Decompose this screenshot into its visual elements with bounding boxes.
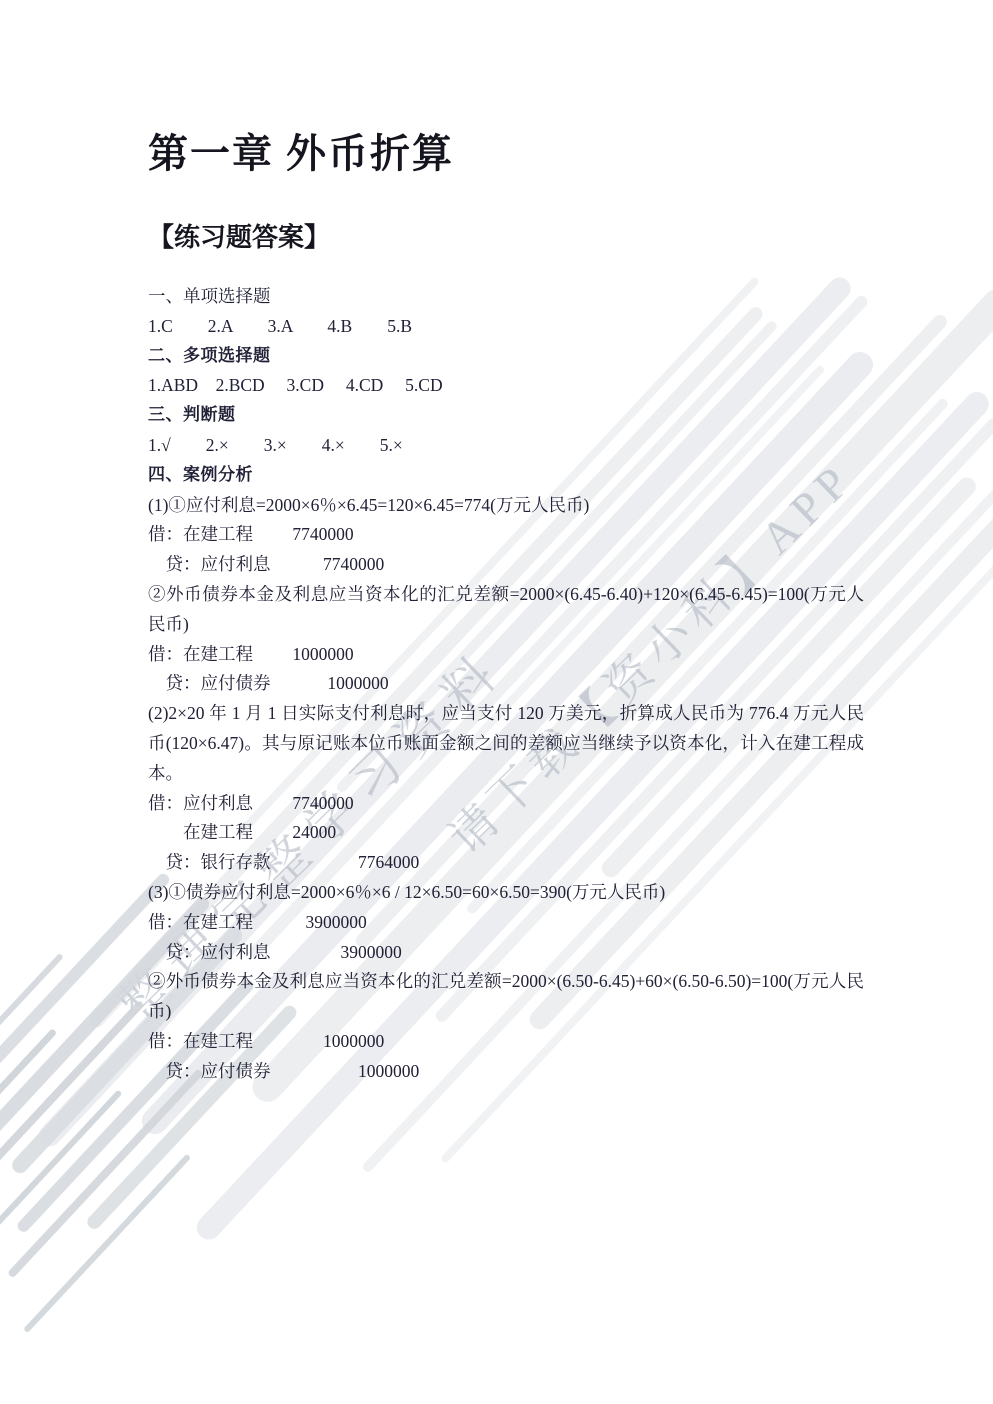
text-line: ②外币债券本金及利息应当资本化的汇兑差额=2000×(6.45-6.40)+12… <box>148 580 864 640</box>
text-line: ②外币债券本金及利息应当资本化的汇兑差额=2000×(6.50-6.45)+60… <box>148 967 864 1027</box>
text-line: 四、案例分析 <box>148 461 864 491</box>
text-line: 借：在建工程 3900000 <box>148 908 864 938</box>
chapter-title: 第一章 外币折算 <box>148 122 454 179</box>
brush-stroke <box>0 1028 57 1223</box>
brush-stroke <box>0 1089 122 1276</box>
text-line: (1)①应付利息=2000×6％×6.45=120×6.45=774(万元人民币… <box>148 491 864 521</box>
text-line: 贷：银行存款 7764000 <box>148 848 864 878</box>
document-page: 整理完整学习资料 请下载【资小科】APP 第一章 外币折算 【练习题答案】 一、… <box>0 0 993 1404</box>
text-line: 二、多项选择题 <box>148 342 864 372</box>
text-line: 贷：应付债券 1000000 <box>148 669 864 699</box>
text-line: (3)①债券应付利息=2000×6％×6 / 12×6.50=60×6.50=3… <box>148 878 864 908</box>
brush-stroke <box>0 953 64 1176</box>
text-line: 借：在建工程 7740000 <box>148 520 864 550</box>
text-line: 1.ABD 2.BCD 3.CD 4.CD 5.CD <box>148 371 864 401</box>
text-line: 贷：应付债券 1000000 <box>148 1057 864 1087</box>
text-line: 贷：应付利息 7740000 <box>148 550 864 580</box>
brush-stroke <box>23 1154 191 1334</box>
text-line: 1.√ 2.× 3.× 4.× 5.× <box>148 431 864 461</box>
text-line: 借：在建工程 1000000 <box>148 640 864 670</box>
brush-stroke <box>0 1000 145 1225</box>
text-line: 借：应付利息 7740000 <box>148 789 864 819</box>
brush-stroke <box>7 1068 204 1278</box>
text-line: 三、判断题 <box>148 401 864 431</box>
text-line: 贷：应付利息 3900000 <box>148 938 864 968</box>
text-line: (2)2×20 年 1 月 1 日实际支付利息时，应当支付 120 万美元，折算… <box>148 699 864 788</box>
answers-heading: 【练习题答案】 <box>148 217 330 254</box>
brush-stroke <box>0 871 172 1157</box>
text-line: 一、单项选择题 <box>148 282 864 312</box>
text-line: 1.C 2.A 3.A 4.B 5.B <box>148 312 864 342</box>
text-line: 在建工程 24000 <box>148 818 864 848</box>
answer-body: 一、单项选择题1.C 2.A 3.A 4.B 5.B二、多项选择题1.ABD 2… <box>148 282 864 1087</box>
text-line: 借：在建工程 1000000 <box>148 1027 864 1057</box>
